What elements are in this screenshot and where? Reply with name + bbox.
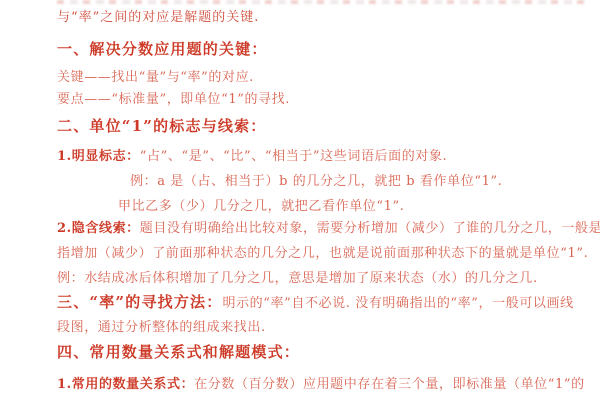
item-1-label: 1.明显标志： — [57, 149, 140, 164]
section-2-heading: 二、单位“1”的标志与线索： — [57, 117, 267, 135]
document-page: 与“率”之间的对应是解题的关键. 一、解决分数应用题的关键： 关键——找出“量”… — [0, 0, 600, 400]
section-3-heading: 三、“率”的寻找方法： — [57, 293, 222, 311]
section-1-heading: 一、解决分数应用题的关键： — [57, 40, 268, 58]
section-4-item-1: 1.常用的数量关系式：在分数（百分数）应用题中存在着三个量，即标准量（单位“1”… — [57, 376, 585, 394]
section-1-point-line: 要点——“标准量”，即单位“1”的寻找. — [57, 91, 290, 109]
section-4-item-1-label: 1.常用的数量关系式： — [57, 377, 194, 392]
section-3-heading-line: 三、“率”的寻找方法：明示的“率”自不必说. 没有明确指出的“率”，一般可以画线 — [57, 293, 574, 313]
section-1-key-line: 关键——找出“量”与“率”的对应. — [57, 69, 254, 87]
cut-off-text-remnant — [57, 0, 590, 4]
section-3-text-1: 明示的“率”自不必说. 没有明确指出的“率”，一般可以画线 — [222, 296, 573, 311]
section-2-item-1-example-2: 甲比乙多（少）几分之几，就把乙看作单位“1”. — [118, 198, 405, 216]
section-2-item-2-line-2: 指增加（减少）了前面那种状态的几分之几，也就是说前面那种状态下的量就是单位“1”… — [57, 245, 588, 263]
section-2-item-1: 1.明显标志：“占”、“是”、“比”、“相当于”这些词语后面的对象. — [57, 148, 447, 166]
section-2-item-1-example-1: 例：a 是（占、相当于）b 的几分之几，就把 b 看作单位“1”. — [130, 173, 502, 191]
section-4-heading: 四、常用数量关系式和解题模式： — [57, 343, 300, 361]
section-3-text-2: 段图，通过分析整体的组成来找出. — [57, 319, 266, 337]
item-2-text-1: 题目没有明确给出比较对象，需要分析增加（减少）了谁的几分之几，一般是 — [140, 221, 600, 236]
item-1-text: “占”、“是”、“比”、“相当于”这些词语后面的对象. — [140, 149, 448, 164]
intro-continuation-line: 与“率”之间的对应是解题的关键. — [57, 9, 259, 27]
section-2-item-2-line-1: 2.隐含线索：题目没有明确给出比较对象，需要分析增加（减少）了谁的几分之几，一般… — [57, 220, 600, 238]
item-2-label: 2.隐含线索： — [57, 221, 140, 236]
section-4-item-1-text: 在分数（百分数）应用题中存在着三个量，即标准量（单位“1”的 — [194, 377, 585, 392]
section-2-item-2-line-3: 例：水结成冰后体积增加了几分之几，意思是增加了原来状态（水）的几分之几. — [57, 270, 538, 288]
